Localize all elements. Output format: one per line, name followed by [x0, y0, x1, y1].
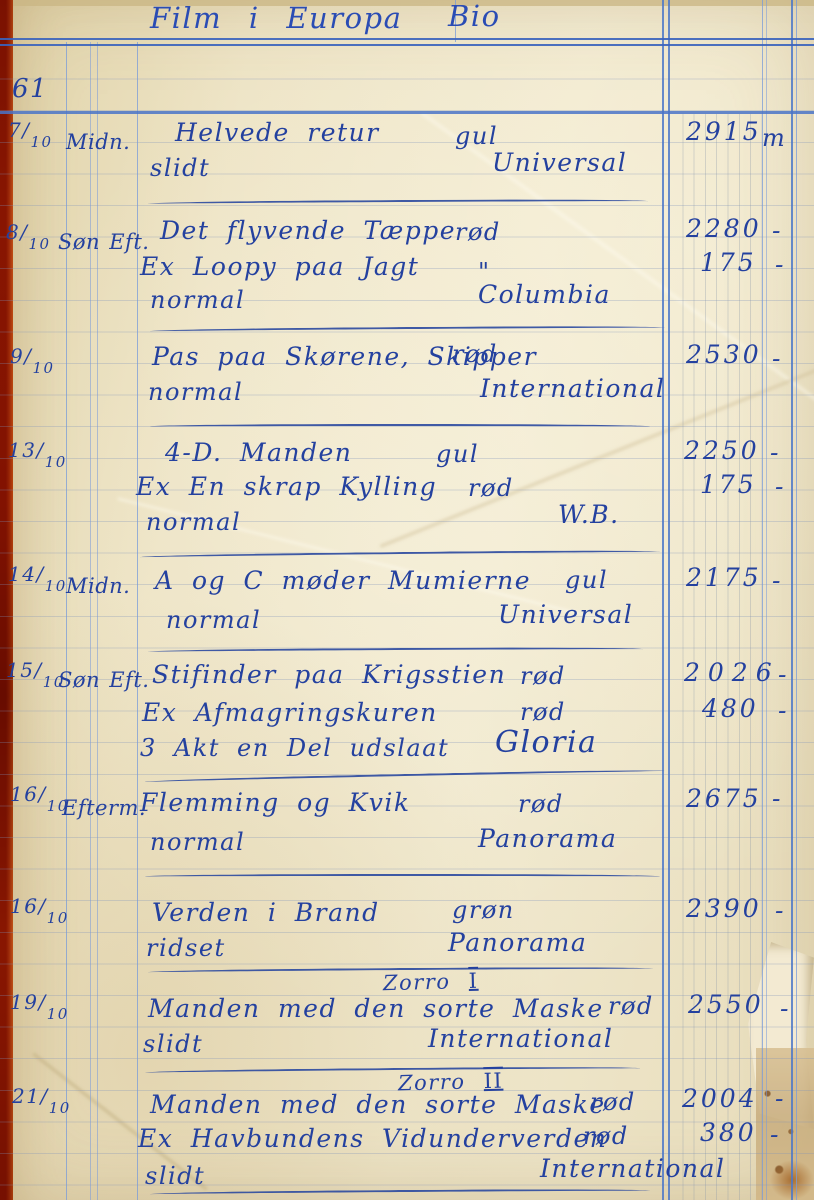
film-color: rød — [520, 700, 566, 724]
ledger-page: Film i Europa Bio 61 7/10 Midn. Helvede … — [0, 0, 814, 1200]
distributor: Panorama — [478, 826, 617, 851]
film-length: 2530 — [686, 342, 762, 367]
entry-date: 9/10 — [10, 350, 55, 370]
separator-line — [145, 874, 660, 879]
film-length: 480 — [702, 696, 759, 721]
film-title: Stifinder paa Krigsstien — [152, 662, 506, 687]
date-month: 10 — [47, 1005, 69, 1023]
separator-line — [145, 1066, 640, 1075]
film-length: 2004 — [682, 1086, 758, 1111]
entry-date: 15/10 — [6, 664, 65, 684]
distributor: International — [540, 1156, 725, 1181]
length-dash: - — [775, 898, 786, 923]
film-title: 4-D. Manden — [165, 440, 352, 465]
entry-date: 21/10 — [12, 1090, 71, 1110]
film-length: 175 — [700, 472, 757, 497]
film-length: 2390 — [686, 896, 762, 921]
length-dash: - — [770, 440, 781, 465]
page-title: Film i Europa — [150, 4, 402, 33]
condition: normal — [150, 288, 245, 312]
film-length: 175 — [700, 250, 757, 275]
distributor: Columbia — [478, 282, 611, 307]
length-dash: - — [780, 996, 791, 1021]
date-day: 21/ — [12, 1084, 49, 1108]
condition: slidt — [145, 1164, 205, 1188]
date-day: 9/ — [10, 344, 32, 368]
distributor: Panorama — [448, 930, 587, 955]
entry-time: Midn. — [66, 576, 130, 597]
date-day: 19/ — [10, 990, 47, 1014]
separator-line — [150, 1188, 650, 1196]
separator-line — [150, 325, 665, 334]
film-title-extra: Ex Havbundens Vidunderverden — [138, 1126, 607, 1151]
column-line-description — [137, 42, 138, 1200]
film-title-extra: Ex En skrap Kylling — [136, 474, 437, 499]
unit-column-line-b — [766, 0, 767, 1200]
amount-column-line-a — [662, 0, 664, 1200]
date-month: 10 — [30, 133, 52, 151]
film-color: rød — [518, 792, 564, 816]
condition: slidt — [143, 1032, 203, 1056]
date-month: 10 — [45, 453, 67, 471]
length-unit: m — [762, 126, 786, 150]
entry-date: 8/10 — [6, 226, 51, 246]
film-color: gul — [565, 568, 608, 592]
date-day: 7/ — [8, 118, 30, 142]
date-month: 10 — [49, 1099, 71, 1117]
film-length: 2915 — [686, 119, 762, 144]
film-title: A og C møder Mumierne — [155, 568, 531, 593]
length-dash: - — [772, 568, 783, 593]
film-length: 2175 — [686, 565, 762, 590]
film-title: Helvede retur — [175, 120, 380, 145]
date-month: 10 — [45, 577, 67, 595]
entry-date: 7/10 — [8, 124, 53, 144]
condition: ridset — [146, 936, 226, 960]
film-length: 2280 — [686, 216, 762, 241]
distributor: Gloria — [495, 728, 597, 758]
distributor: International — [428, 1026, 613, 1051]
film-color: grøn — [452, 898, 515, 922]
film-length: 2250 — [684, 438, 760, 463]
length-dash: - — [775, 252, 786, 277]
condition: normal — [166, 608, 261, 632]
film-length: 380 — [700, 1120, 757, 1145]
film-title-extra: Ex Afmagringskuren — [142, 700, 438, 725]
separator-line — [148, 647, 643, 655]
page-edge-line-b — [796, 0, 797, 1200]
date-day: 13/ — [8, 438, 45, 462]
film-color: gul — [436, 442, 479, 466]
film-color: rød — [452, 342, 498, 366]
entry-date: 13/10 — [8, 444, 67, 464]
film-title: Det flyvende Tæppe — [160, 218, 456, 243]
condition: normal — [148, 380, 243, 404]
separator-line — [140, 549, 660, 559]
film-title-extra: Ex Loopy paa Jagt — [140, 254, 419, 279]
film-length: 2550 — [688, 992, 764, 1017]
film-title: Manden med den sorte Maske — [150, 1092, 606, 1117]
page-title-cinema: Bio — [448, 2, 501, 31]
condition: normal — [150, 830, 245, 854]
film-color: rød — [590, 1090, 636, 1114]
date-day: 8/ — [6, 220, 28, 244]
column-line-inner-a — [90, 42, 91, 1200]
header-rule — [0, 38, 814, 46]
date-month: 10 — [28, 235, 50, 253]
binding-red-edge — [0, 0, 13, 1200]
length-dash: - — [775, 474, 786, 499]
subheader-rule — [0, 111, 814, 114]
date-day: 16/ — [10, 782, 47, 806]
film-title: Manden med den sorte Maske — [148, 996, 604, 1021]
film-color: gul — [455, 124, 498, 148]
length-dash: - — [770, 1122, 781, 1147]
distributor: Universal — [498, 602, 633, 627]
entry-time: Midn. — [66, 132, 130, 153]
entry-time: Efterm. — [62, 798, 146, 819]
film-color: rød — [608, 994, 654, 1018]
film-title: Verden i Brand — [152, 900, 380, 925]
film-color: rød — [455, 220, 501, 244]
date-day: 15/ — [6, 658, 43, 682]
condition: 3 Akt en Del udslaat — [140, 736, 449, 760]
length-dash: - — [775, 1086, 786, 1111]
length-dash: - — [778, 662, 789, 687]
annotation: Zorro I — [383, 971, 481, 995]
film-color: rød — [520, 664, 566, 688]
date-day: 14/ — [8, 562, 45, 586]
length-dash: - — [772, 218, 783, 243]
entry-time: Søn Eft. — [58, 232, 149, 253]
annotation-numeral: I — [466, 969, 480, 993]
length-dash: - — [772, 346, 783, 371]
column-line-inner-b — [97, 42, 98, 1200]
amount-column-line-b — [668, 0, 670, 1200]
entry-date: 16/10 — [10, 788, 69, 808]
separator-line — [148, 199, 648, 207]
unit-column-line-a — [762, 0, 763, 1200]
distributor: W.B. — [558, 502, 620, 527]
film-length: 2026 — [684, 660, 780, 685]
entry-date: 16/10 — [10, 900, 69, 920]
entry-date: 19/10 — [10, 996, 69, 1016]
distributor: Universal — [492, 150, 627, 175]
film-color: rød — [583, 1124, 629, 1148]
entry-date: 14/10 — [8, 568, 67, 588]
film-title: Flemming og Kvik — [140, 790, 411, 815]
page-number: 61 — [12, 76, 48, 102]
film-color: rød — [468, 476, 514, 500]
separator-line — [150, 424, 650, 429]
length-dash: - — [772, 786, 783, 811]
tape-stain — [756, 1048, 814, 1200]
date-month: 10 — [32, 359, 54, 377]
length-dash: - — [778, 698, 789, 723]
annotation-text: Zorro — [383, 970, 451, 996]
condition: normal — [146, 510, 241, 534]
separator-line — [145, 769, 665, 785]
date-month: 10 — [47, 909, 69, 927]
film-length: 2675 — [686, 786, 762, 811]
date-day: 16/ — [10, 894, 47, 918]
condition: slidt — [150, 156, 210, 180]
column-line-date — [66, 42, 67, 1200]
paper-top-edge — [0, 0, 814, 6]
distributor: International — [480, 376, 665, 401]
entry-time: Søn Eft. — [58, 670, 149, 691]
